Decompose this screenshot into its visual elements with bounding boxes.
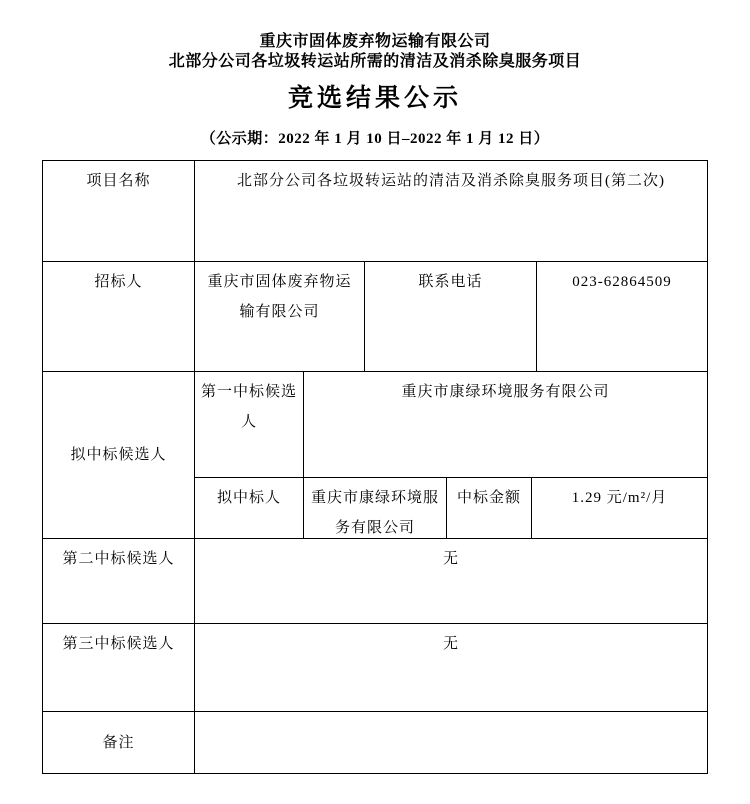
bid-amount-value: 1.29 元/m²/月 — [531, 478, 707, 539]
project-name-label: 项目名称 — [43, 161, 194, 261]
third-candidate-label: 第三中标候选人 — [43, 624, 194, 711]
tenderer-label: 招标人 — [43, 262, 194, 371]
contact-phone-value: 023-62864509 — [536, 262, 707, 371]
row-second-candidate: 第二中标候选人 无 — [43, 538, 707, 623]
contact-phone-label: 联系电话 — [364, 262, 536, 371]
bid-amount-label: 中标金额 — [446, 478, 531, 539]
proposed-winner-label: 拟中标人 — [194, 478, 303, 539]
row-project-name: 项目名称 北部分公司各垃圾转运站的清洁及消杀除臭服务项目(第二次) — [43, 161, 707, 261]
first-candidate-label: 第一中标候选人 — [194, 372, 303, 477]
document-page: 重庆市固体废弃物运输有限公司 北部分公司各垃圾转运站所需的清洁及消杀除臭服务项目… — [0, 0, 750, 804]
candidates-label: 拟中标候选人 — [43, 372, 194, 538]
project-name-value: 北部分公司各垃圾转运站的清洁及消杀除臭服务项目(第二次) — [194, 161, 707, 261]
company-title: 重庆市固体废弃物运输有限公司 — [0, 32, 750, 52]
row-proposed-winner: 拟中标人 重庆市康绿环境服务有限公司 中标金额 1.29 元/m²/月 — [194, 477, 707, 539]
row-tenderer: 招标人 重庆市固体废弃物运输有限公司 联系电话 023-62864509 — [43, 261, 707, 371]
announcement-heading: 竞选结果公示 — [0, 85, 750, 113]
row-candidates: 拟中标候选人 第一中标候选人 重庆市康绿环境服务有限公司 拟中标人 重庆市康绿环… — [43, 371, 707, 538]
row-third-candidate: 第三中标候选人 无 — [43, 623, 707, 711]
result-table: 项目名称 北部分公司各垃圾转运站的清洁及消杀除臭服务项目(第二次) 招标人 重庆… — [42, 160, 708, 774]
remarks-label: 备注 — [43, 712, 194, 773]
publicity-period: （公示期：2022 年 1 月 10 日–2022 年 1 月 12 日） — [0, 130, 750, 148]
remarks-value — [194, 712, 707, 773]
project-subtitle: 北部分公司各垃圾转运站所需的清洁及消杀除臭服务项目 — [0, 52, 750, 72]
row-remarks: 备注 — [43, 711, 707, 773]
row-first-candidate: 第一中标候选人 重庆市康绿环境服务有限公司 — [194, 372, 707, 477]
tenderer-value: 重庆市固体废弃物运输有限公司 — [194, 262, 364, 371]
first-candidate-value: 重庆市康绿环境服务有限公司 — [303, 372, 707, 477]
candidates-subtable: 第一中标候选人 重庆市康绿环境服务有限公司 拟中标人 重庆市康绿环境服务有限公司… — [194, 372, 707, 538]
proposed-winner-value: 重庆市康绿环境服务有限公司 — [303, 478, 446, 539]
third-candidate-value: 无 — [194, 624, 707, 711]
second-candidate-value: 无 — [194, 539, 707, 623]
second-candidate-label: 第二中标候选人 — [43, 539, 194, 623]
document-header: 重庆市固体废弃物运输有限公司 北部分公司各垃圾转运站所需的清洁及消杀除臭服务项目… — [0, 32, 750, 148]
